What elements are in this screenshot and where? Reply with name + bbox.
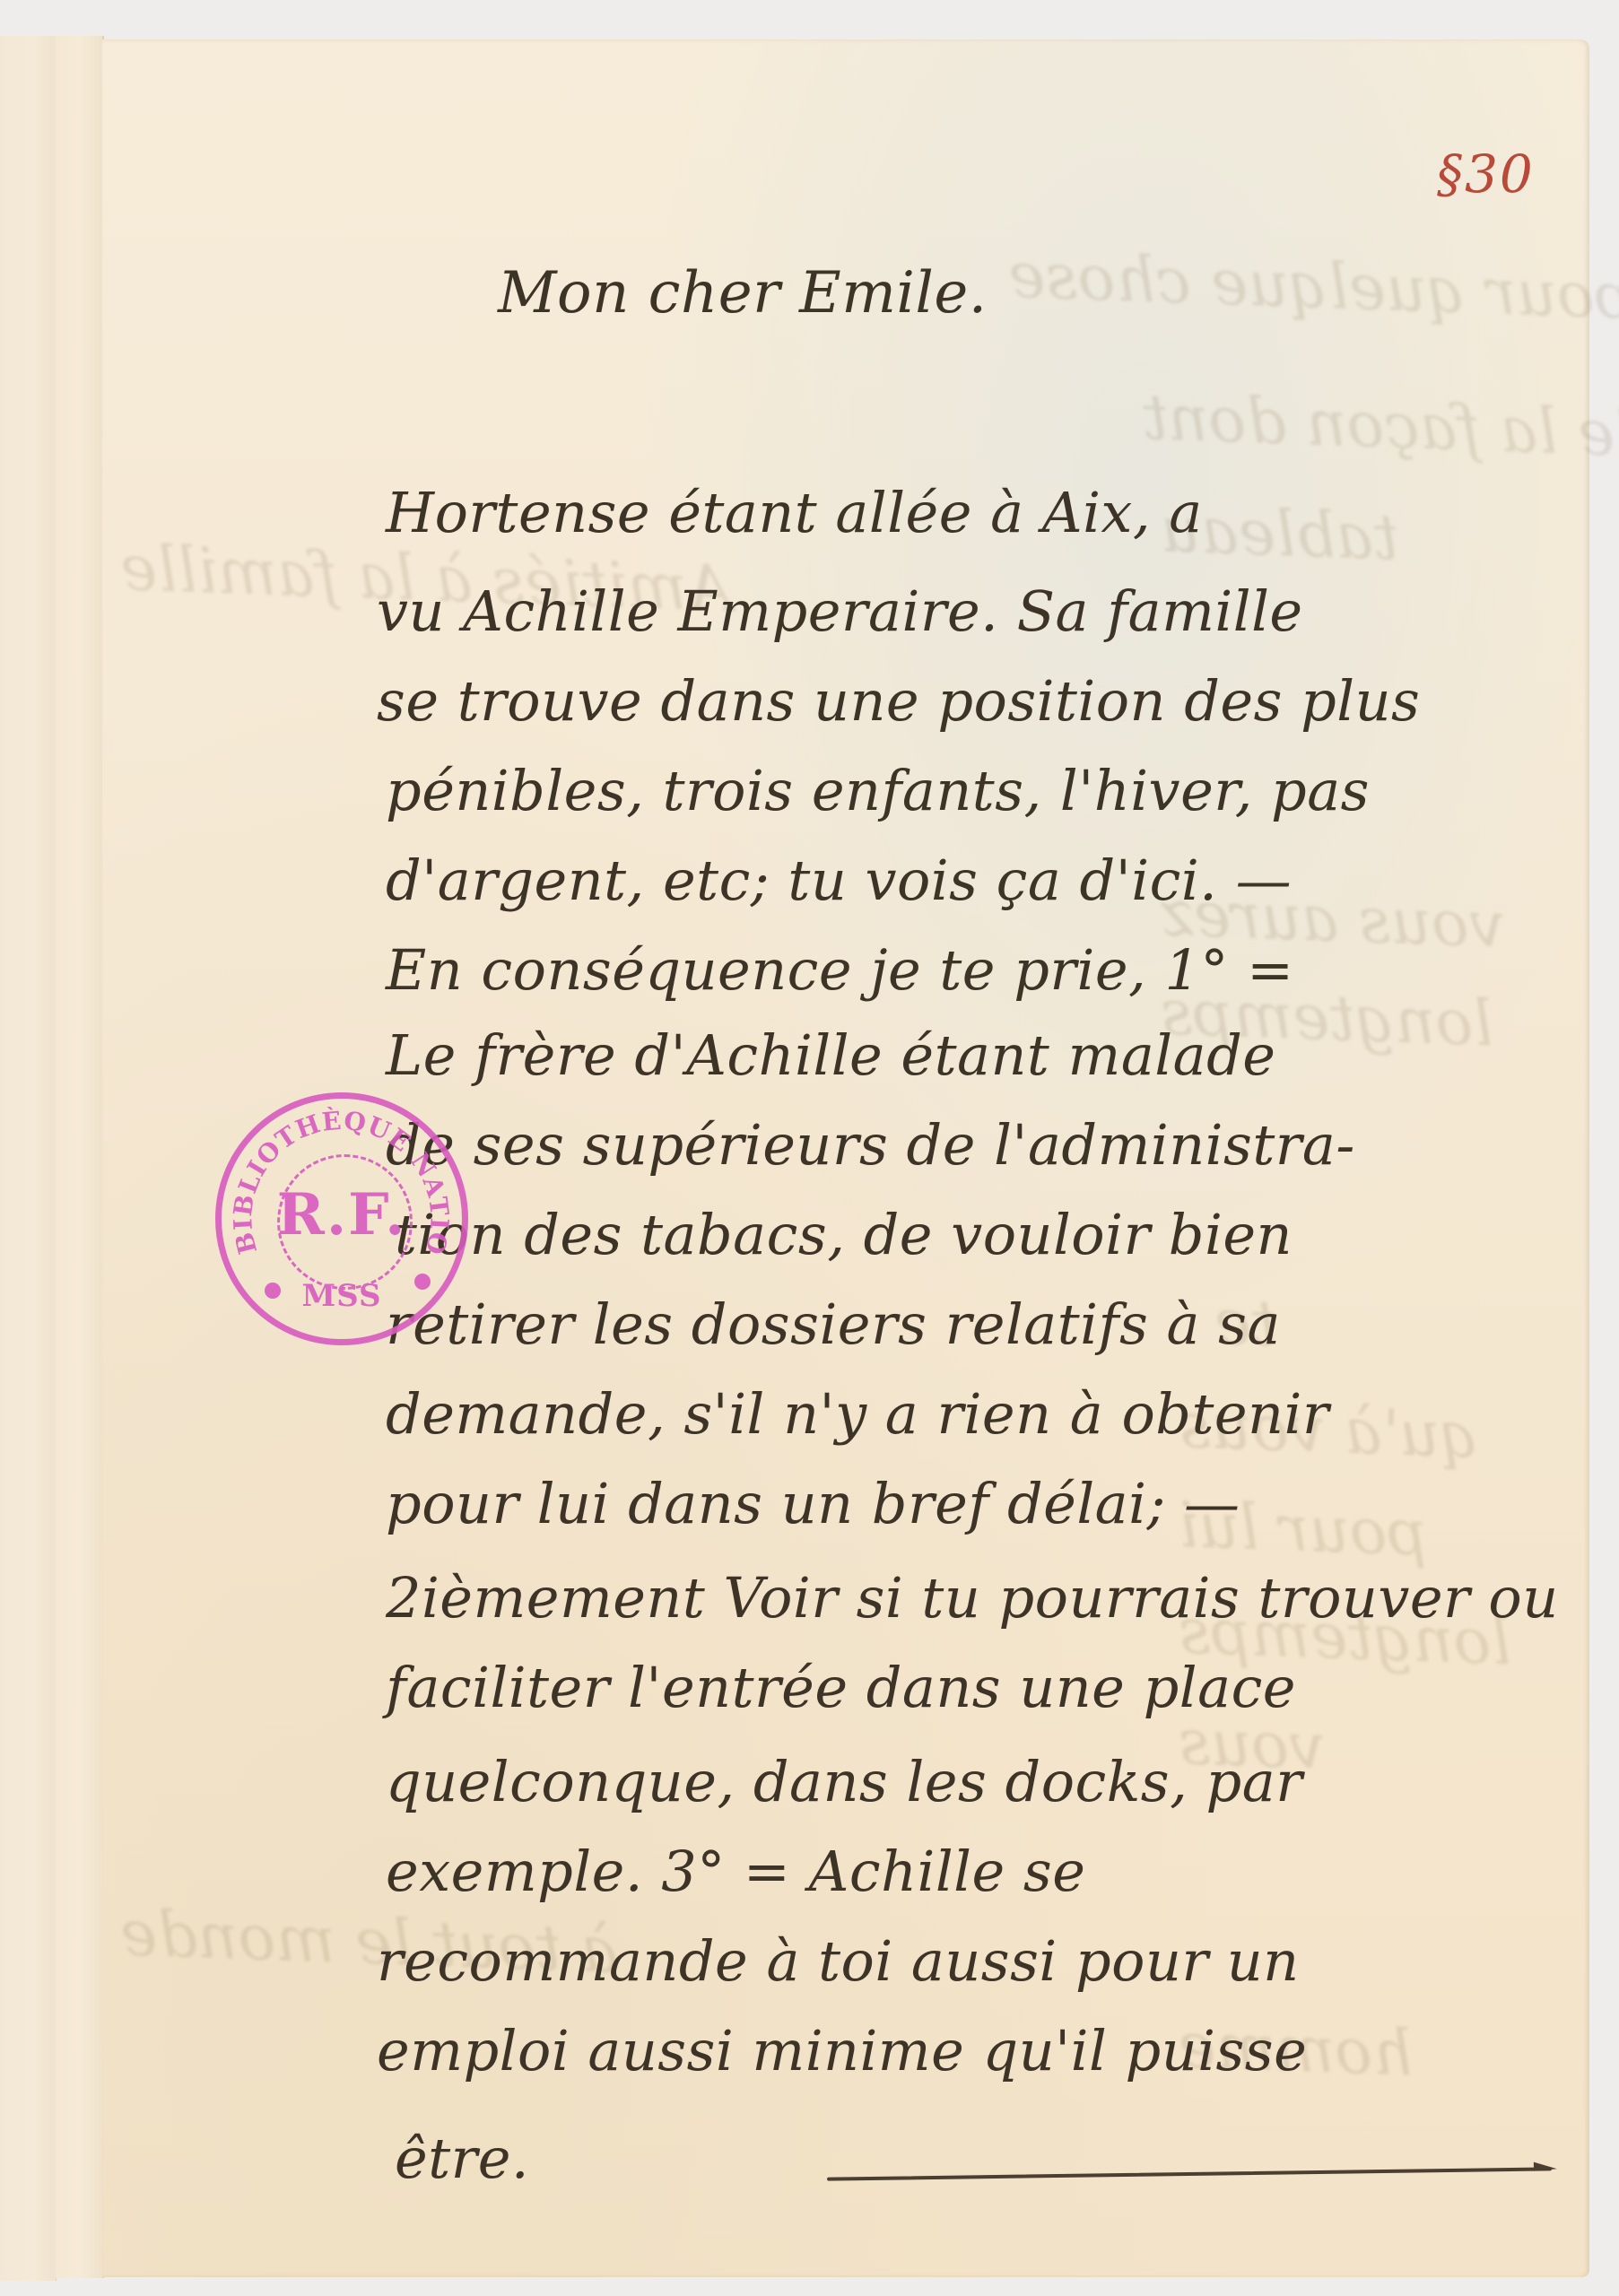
letter-line-15: quelconque, dans les docks, par [386, 1749, 1302, 1814]
bleed-through-text: de la façon dont [1142, 380, 1619, 472]
bleed-through-text: Je te prie pour quelque chose [1007, 239, 1619, 344]
binding-strip [56, 36, 104, 2278]
letter-line-13: 2ièmement Voir si tu pourrais trouver ou [386, 1565, 1559, 1631]
letter-line-10: retirer les dossiers relatifs à sa [386, 1291, 1281, 1357]
stamp-center-text: R.F. [222, 1181, 462, 1248]
letter-line-6: En conséquence je te prie, 1° = [386, 937, 1294, 1003]
letter-line-19: être. [395, 2126, 529, 2191]
letter-line-16: exemple. 3° = Achille se [386, 1839, 1085, 1904]
letter-line-11: demande, s'il n'y a rien à obtenir [386, 1381, 1329, 1447]
salutation: Mon cher Emile. [498, 260, 988, 326]
letter-line-2: vu Achille Emperaire. Sa famille [377, 578, 1303, 644]
letter-line-18: emploi aussi minime qu'il puisse [377, 2018, 1307, 2083]
letter-line-3: se trouve dans une position des plus [377, 668, 1420, 734]
previous-leaf-edge [0, 36, 57, 2281]
letter-line-1: Hortense étant allée à Aix, a [386, 480, 1203, 545]
stamp-bottom-text: MSS [222, 1278, 462, 1314]
library-stamp: BIBLIOTHÈQUE NATIONALE R.F. MSS [215, 1092, 468, 1345]
letter-line-5: d'argent, etc; tu vois ça d'ici. — [386, 848, 1292, 913]
letter-line-8: de ses supérieurs de l'administra- [386, 1112, 1355, 1178]
letter-line-9: tion des tabacs, de vouloir bien [395, 1202, 1293, 1267]
folio-number: §30 [1437, 143, 1535, 204]
letter-line-4: pénibles, trois enfants, l'hiver, pas [386, 758, 1370, 823]
letter-line-14: faciliter l'entrée dans une place [386, 1655, 1296, 1720]
letter-line-7: Le frère d'Achille étant malade [386, 1022, 1275, 1088]
letter-line-17: recommande à toi aussi pour un [377, 1928, 1300, 1994]
letter-line-12: pour lui dans un bref délai; — [386, 1471, 1240, 1536]
